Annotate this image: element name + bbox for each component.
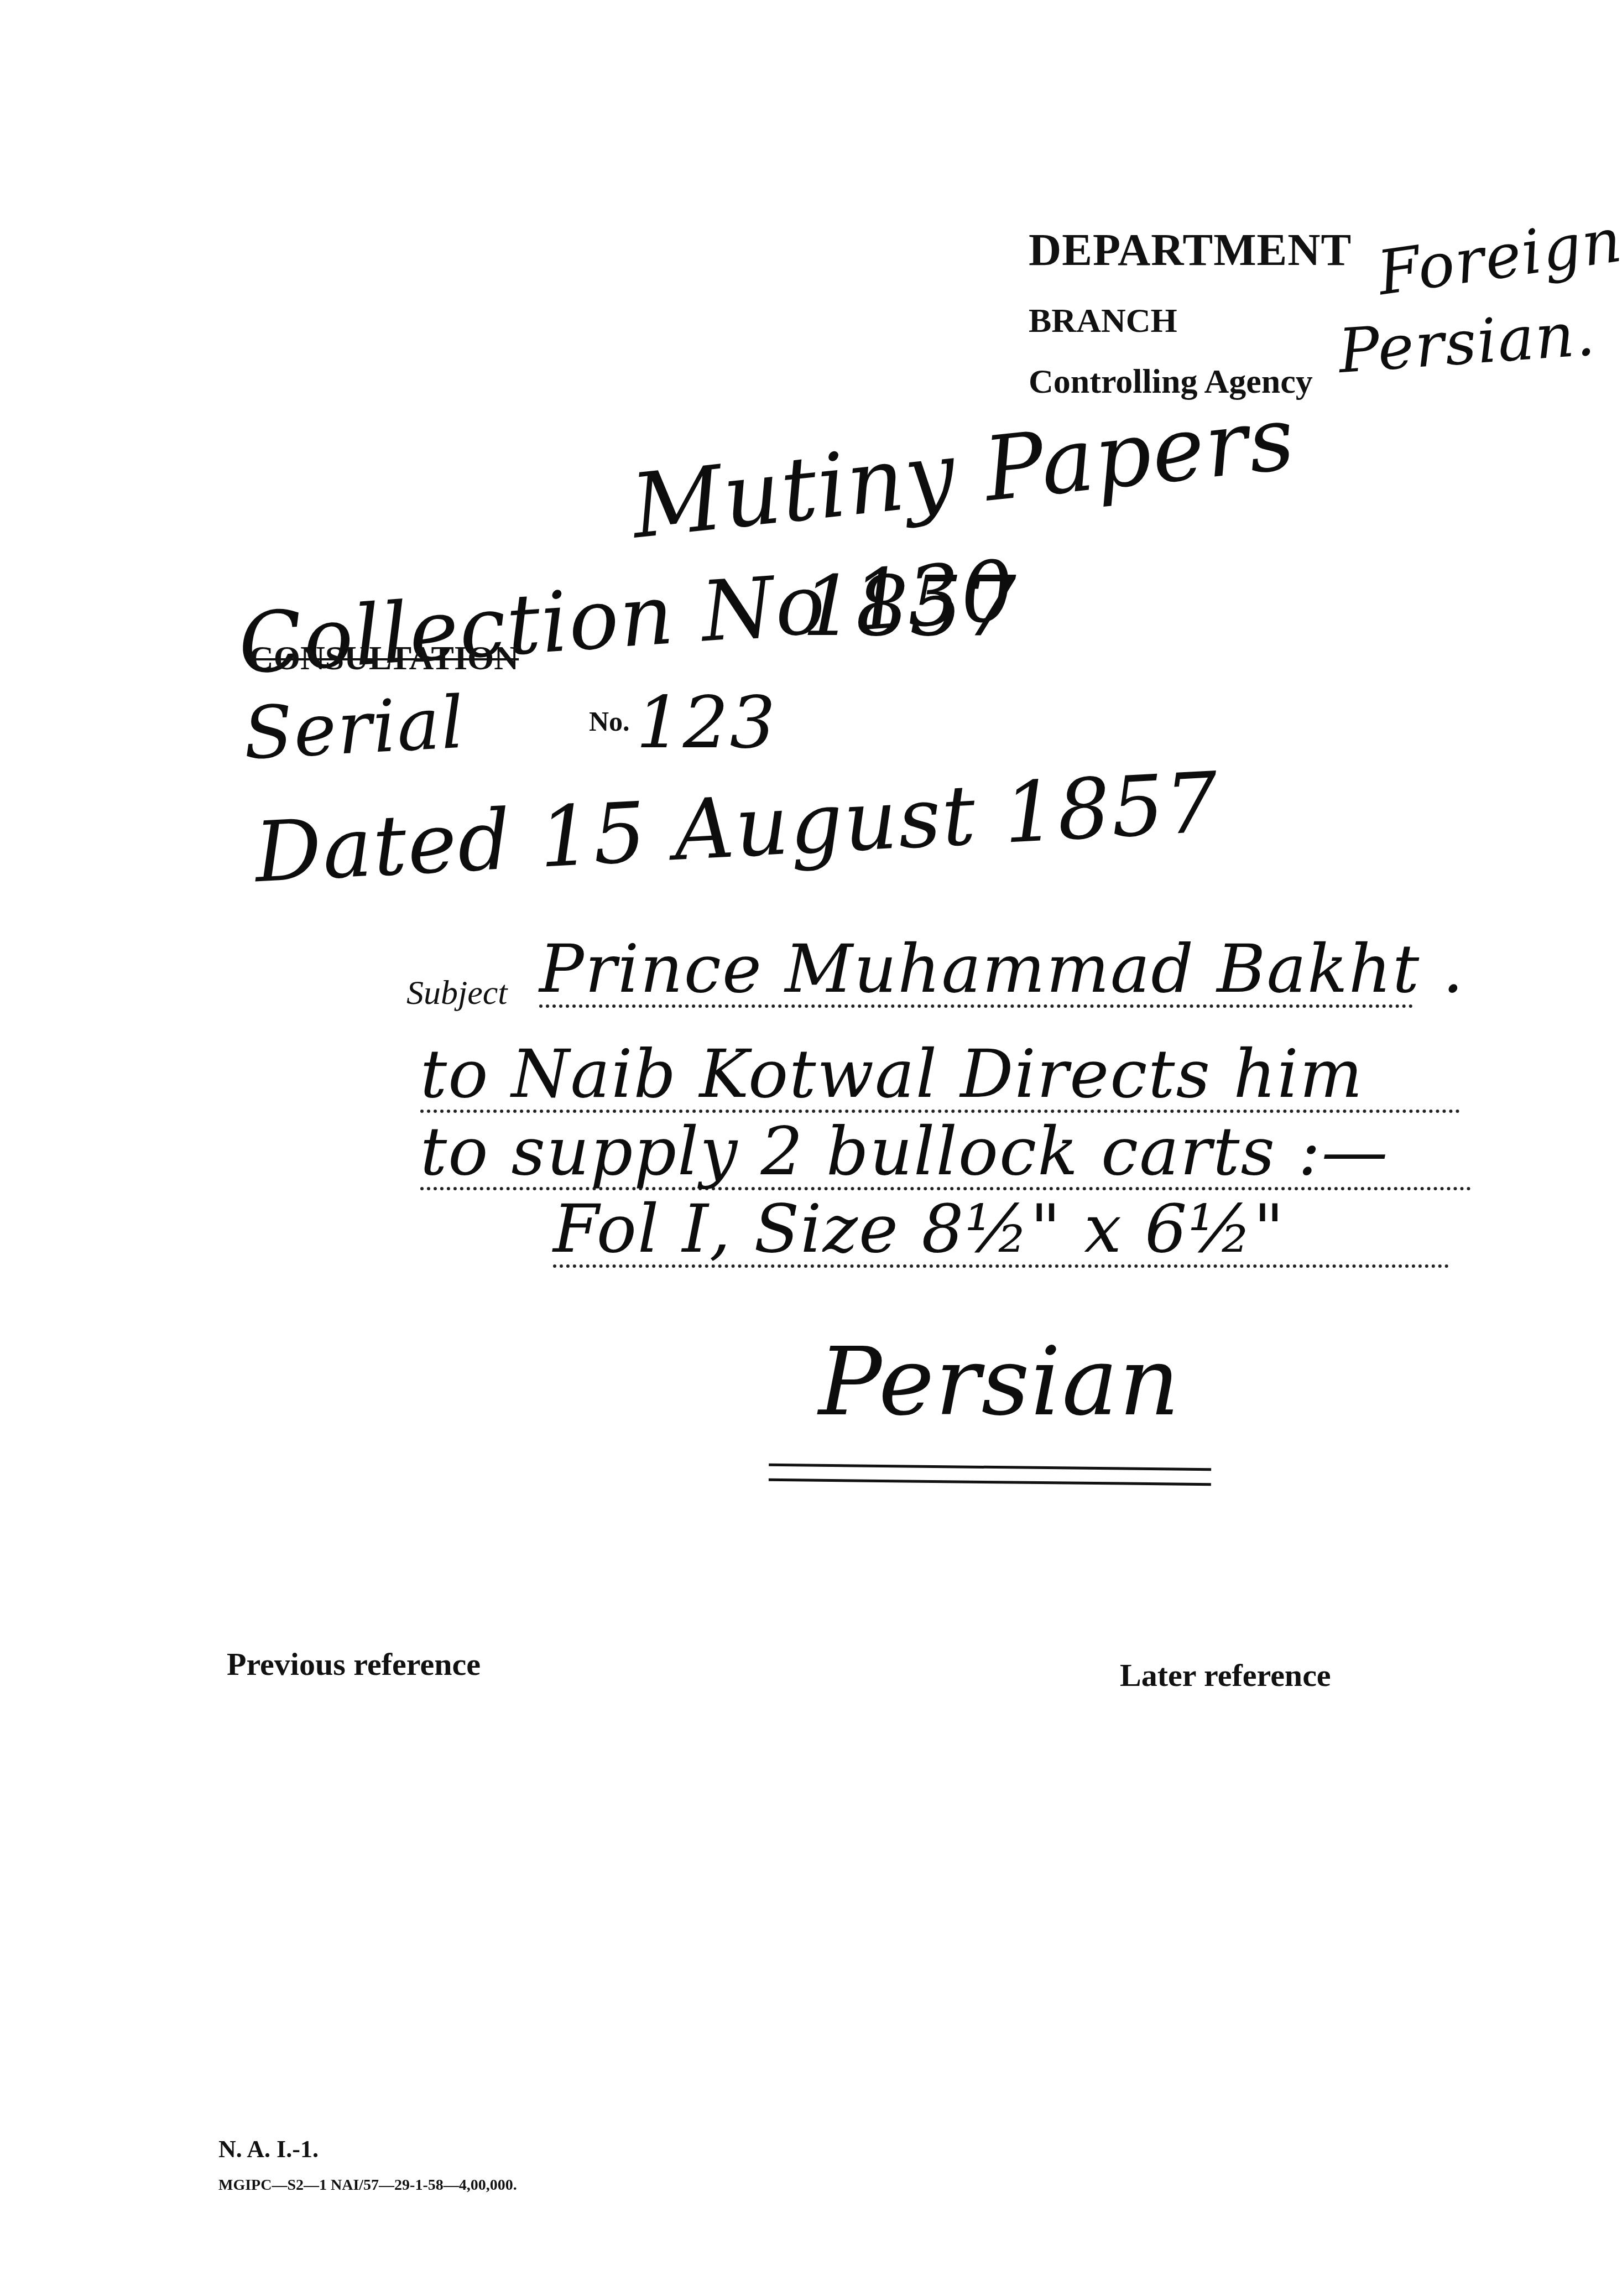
collection-title: Mutiny Papers (627, 386, 1300, 559)
previous-reference-label: Previous reference (227, 1646, 481, 1683)
subject-line: Prince Muhammad Bakht . (539, 935, 1413, 1008)
serial-label: Serial (241, 680, 467, 776)
collection-year: 1857 (802, 559, 1018, 655)
consultation-label-struck: CONSULTATION (249, 639, 519, 678)
printer-imprint: MGIPC—S2—1 NAI/57—29-1-58—4,00,000. (218, 2177, 517, 2194)
serial-number: 123 (636, 680, 776, 764)
branch-label: BRANCH (1029, 301, 1177, 341)
dated-line: Dated 15 August 1857 (253, 754, 1222, 901)
department-value: Foreign (1373, 205, 1622, 309)
branch-value: Persian. (1336, 298, 1598, 387)
form-number: N. A. I.-1. (218, 2135, 319, 2163)
number-label: No. (589, 705, 630, 737)
subject-line: to supply 2 bullock carts :— (420, 1117, 1471, 1190)
department-label: DEPARTMENT (1029, 224, 1352, 276)
language-note: Persian (818, 1327, 1181, 1437)
later-reference-label: Later reference (1120, 1657, 1331, 1694)
subject-label: Subject (406, 973, 508, 1013)
subject-line: to Naib Kotwal Directs him (420, 1040, 1460, 1113)
double-underline-divider (769, 1464, 1211, 1486)
subject-line: Fol I, Size 8½" x 6½" (553, 1195, 1449, 1268)
